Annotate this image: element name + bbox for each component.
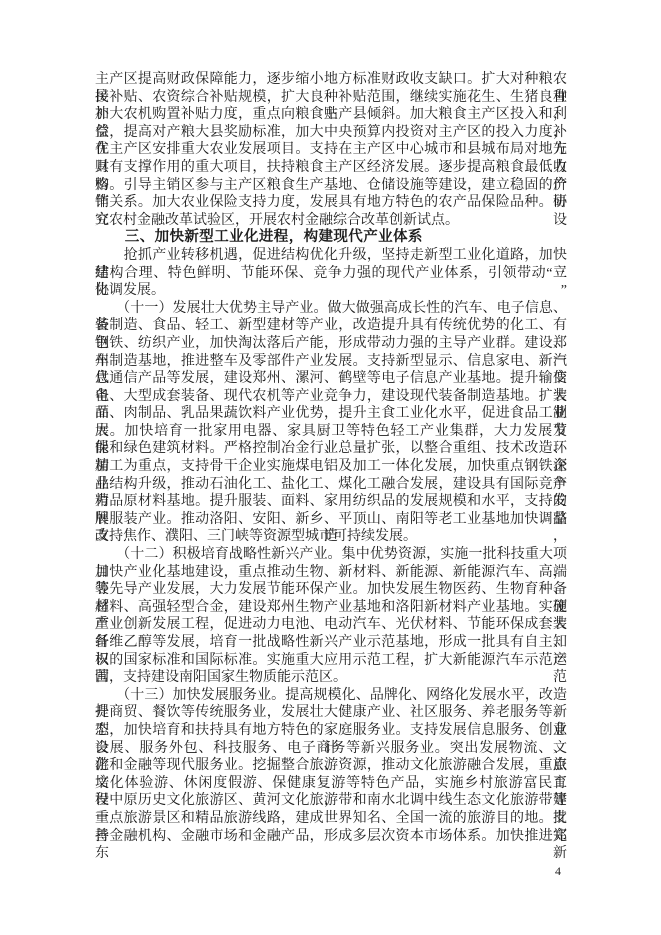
text-line: 保和绿色建筑材料。严格控制冶金行业总量扩张，以整合重组、技术改造、精深 bbox=[95, 440, 567, 458]
text-line: 加大农机购置补贴力度，重点向粮食主产县倾斜。加大粮食主产区投入和利益补 bbox=[95, 106, 567, 124]
text-line: 备制造、食品、轻工、新型建材等产业，改造提升具有传统优势的化工、有色、 bbox=[95, 317, 567, 335]
text-line: 结构合理、特色鲜明、节能环保、竞争力强的现代产业体系，引领带动“三化” bbox=[95, 265, 567, 283]
text-line: 善金融机构、金融市场和金融产品，形成多层次资本市场体系。加快推进郑东新 bbox=[95, 828, 567, 846]
text-line: 钢铁、纺织产业，加快淘汰落后产能，形成带动力强的主导产业群。建设郑州汽 bbox=[95, 335, 567, 353]
text-line: 具有支撑作用的重大项目，扶持粮食主产区经济发展。逐步提高粮食最低收购价 bbox=[95, 159, 567, 177]
text-line: （十二）积极培育战略性新兴产业。集中优势资源，实施一批科技重大项目， bbox=[95, 546, 567, 564]
text-line: （十一）发展壮大优势主导产业。做大做强高成长性的汽车、电子信息、装 bbox=[95, 300, 567, 318]
paragraph: （十二）积极培育战略性新兴产业。集中优势资源，实施一批科技重大项目，加快产业化基… bbox=[95, 546, 567, 687]
text-line: 游和金融等现代服务业。挖掘整合旅游资源，推动文化旅游融合发展，重点培育 bbox=[95, 757, 567, 775]
text-line: 品、肉制品、乳品果蔬饮料产业优势，提升主食工业化水平，促进食品工业大发 bbox=[95, 405, 567, 423]
section-heading: 三、加快新型工业化进程，构建现代产业体系 bbox=[95, 229, 567, 247]
text-line: 设中原历史文化旅游区、黄河文化旅游带和南水北调中线生态文化旅游带等一批 bbox=[95, 792, 567, 810]
text-line: 作关系。加大农业保险支持力度，发展具有地方特色的农产品保险品种。研究设 bbox=[95, 194, 567, 212]
document-page: 主产区提高财政保障能力，逐步缩小地方标准财政收支缺口。扩大对种粮农民直接补贴、农… bbox=[0, 0, 661, 935]
text-line: 三、加快新型工业化进程，构建现代产业体系 bbox=[95, 229, 567, 247]
paragraph: 抢抓产业转移机遇，促进结构优化升级，坚持走新型工业化道路，加快建立结构合理、特色… bbox=[95, 247, 567, 300]
text-line: 会展、服务外包、科技服务、电子商务等新兴服务业。突出发展物流、文化、旅 bbox=[95, 740, 567, 758]
text-line: 态，加快培育和扶持具有地方特色的家庭服务业。支持发展信息服务、创意设计、 bbox=[95, 722, 567, 740]
text-line: 等先导产业发展，大力发展节能环保产业。加快发展生物医药、生物育种、超硬 bbox=[95, 581, 567, 599]
text-line: 权的国家标准和国际标准。实施重大应用示范工程，扩大新能源汽车示范运营范 bbox=[95, 652, 567, 670]
text-line: 息通信产品等发展，建设郑州、漯河、鹤壁等电子信息产业基地。提升输变电装 bbox=[95, 370, 567, 388]
text-line: 备、大型成套装备、现代农机等产业竞争力，建设现代装备制造基地。扩大面制 bbox=[95, 388, 567, 406]
text-line: 加工为重点，支持骨干企业实施煤电铝及加工一体化发展，加快重点钢铁企业产 bbox=[95, 458, 567, 476]
paragraph: 主产区提高财政保障能力，逐步缩小地方标准财政收支缺口。扩大对种粮农民直接补贴、农… bbox=[95, 71, 567, 229]
text-line: 纤维乙醇等发展，培育一批战略性新兴产业示范基地，形成一批具有自主知识产 bbox=[95, 634, 567, 652]
text-line: 抢抓产业转移机遇，促进结构优化升级，坚持走新型工业化道路，加快建立 bbox=[95, 247, 567, 265]
text-line: 产业创新发展工程，促进动力电池、电动汽车、光伏材料、节能环保成套装备、 bbox=[95, 616, 567, 634]
text-line: 接补贴、农资综合补贴规模，扩大良种补贴范围，继续实施花生、生猪良种补贴， bbox=[95, 89, 567, 107]
text-line: 升商贸、餐饮等传统服务业，发展壮大健康产业、社区服务、养老服务等新型业 bbox=[95, 704, 567, 722]
paragraph: （十三）加快发展服务业。提高规模化、品牌化、网络化发展水平，改造提升商贸、餐饮等… bbox=[95, 687, 567, 845]
text-line: 加快产业化基地建设，重点推动生物、新材料、新能源、新能源汽车、高端装备 bbox=[95, 564, 567, 582]
text-line: 格。引导主销区参与主产区粮食生产基地、仓储设施等建设，建立稳固的产销协 bbox=[95, 177, 567, 195]
paragraph: （十一）发展壮大优势主导产业。做大做强高成长性的汽车、电子信息、装备制造、食品、… bbox=[95, 300, 567, 546]
text-line: 偿，提高对产粮大县奖励标准，加大中央预算内投资对主产区的投入力度，优先 bbox=[95, 124, 567, 142]
text-line: （十三）加快发展服务业。提高规模化、品牌化、网络化发展水平，改造提 bbox=[95, 687, 567, 705]
text-line: 展。加快培育一批家用电器、家具厨卫等特色轻工产业集群，大力发展节能、环 bbox=[95, 423, 567, 441]
document-body: 主产区提高财政保障能力，逐步缩小地方标准财政收支缺口。扩大对种粮农民直接补贴、农… bbox=[95, 71, 567, 845]
text-line: 精品原材料基地。提升服装、面料、家用纺织品的发展规模和水平，支持发展品 bbox=[95, 493, 567, 511]
text-line: 主产区提高财政保障能力，逐步缩小地方标准财政收支缺口。扩大对种粮农民直 bbox=[95, 71, 567, 89]
text-line: 文化体验游、休闲度假游、保健康复游等特色产品，实施乡村旅游富民工程，建 bbox=[95, 775, 567, 793]
text-line: 车制造基地，推进整车及零部件产业发展。支持新型显示、信息家电、新一代信 bbox=[95, 353, 567, 371]
text-line: 材料、高强轻型合金，建设郑州生物产业基地和洛阳新材料产业基地。实施重大 bbox=[95, 599, 567, 617]
text-line: 牌服装产业。推动洛阳、安阳、新乡、平顶山、南阳等老工业基地加快调整改造， bbox=[95, 511, 567, 529]
text-line: 品结构升级，推动石油化工、盐化工、煤化工融合发展，建设具有国际竞争力的 bbox=[95, 476, 567, 494]
text-line: 重点旅游景区和精品旅游线路，建成世界知名、全国一流的旅游目的地。支持完 bbox=[95, 810, 567, 828]
text-line: 在主产区安排重大农业发展项目。支持在主产区中心城市和县城布局对地方财力 bbox=[95, 141, 567, 159]
page-number: 4 bbox=[95, 864, 567, 879]
